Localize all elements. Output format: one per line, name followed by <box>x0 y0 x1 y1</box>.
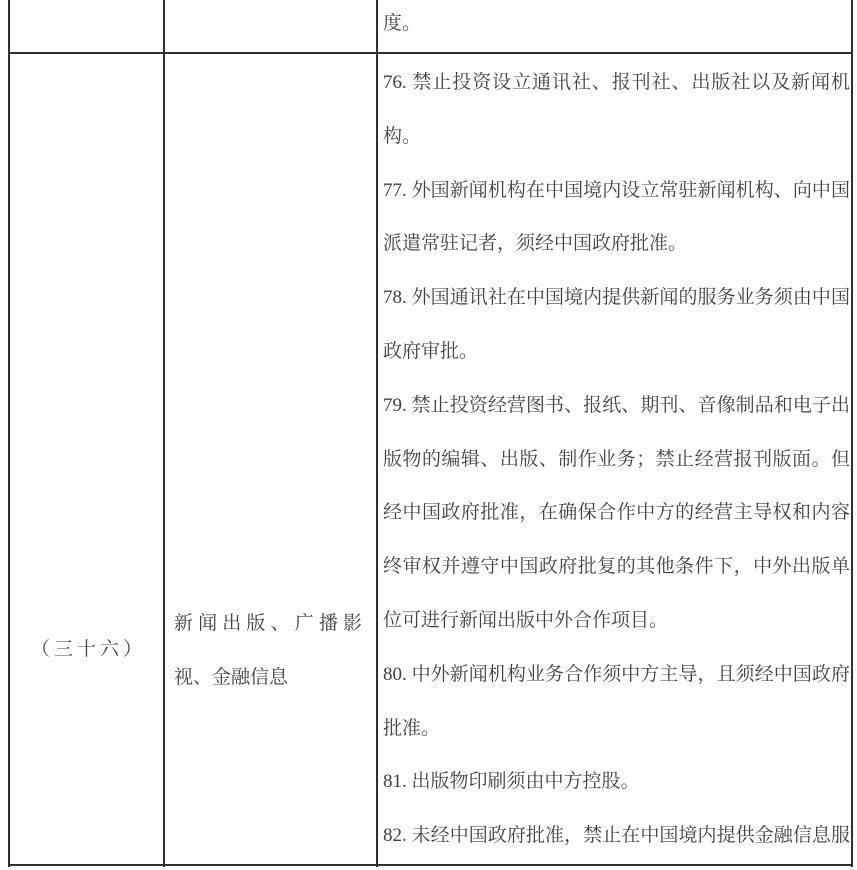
document-page: 度。 （三十六） 新闻出版、广播影视、金融信息 76. 禁止投资设立通讯社、报刊… <box>0 0 857 870</box>
text-line: 新闻出版、广播影 <box>174 597 362 651</box>
table-row-divider <box>8 52 853 54</box>
text-line: 78. 外国通讯社在中国境内提供新闻的服务业务须由中国 <box>383 271 850 325</box>
table-border-bottom <box>8 864 853 866</box>
serial-number-text: （三十六） <box>10 623 163 677</box>
text-line: 79. 禁止投资经营图书、报纸、期刊、音像制品和电子出 <box>383 379 850 433</box>
text-line: 构。 <box>383 110 850 164</box>
text-line: 政府审批。 <box>383 325 850 379</box>
cell-industry-category: 新闻出版、广播影视、金融信息 <box>165 597 375 705</box>
text-line: 76. 禁止投资设立通讯社、报刊社、出版社以及新闻机 <box>383 56 850 110</box>
text-line: 视、金融信息 <box>174 651 362 705</box>
text-line: 派遣常驻记者，须经中国政府批准。 <box>383 217 850 271</box>
text-line: 终审权并遵守中国政府批复的其他条件下，中外出版单 <box>383 540 850 594</box>
text-line: 度。 <box>383 0 850 51</box>
table-border-left <box>8 0 10 867</box>
text-line: 经中国政府批准，在确保合作中方的经营主导权和内容 <box>383 486 850 540</box>
cell-measures-row-partial: 度。 <box>377 0 852 51</box>
table-border-col1-col2 <box>163 0 165 867</box>
text-line: 批准。 <box>383 702 850 756</box>
text-line: 位可进行新闻出版中外合作项目。 <box>383 594 850 648</box>
cell-serial-number: （三十六） <box>10 623 163 677</box>
text-line: 80. 中外新闻机构业务合作须中方主导，且须经中国政府 <box>383 648 850 702</box>
text-line: 81. 出版物印刷须由中方控股。 <box>383 755 850 809</box>
text-line: 82. 未经中国政府批准，禁止在中国境内提供金融信息服 <box>383 809 850 863</box>
text-line: 版物的编辑、出版、制作业务；禁止经营报刊版面。但 <box>383 433 850 487</box>
text-line: 77. 外国新闻机构在中国境内设立常驻新闻机构、向中国 <box>383 164 850 218</box>
cell-measures: 76. 禁止投资设立通讯社、报刊社、出版社以及新闻机构。77. 外国新闻机构在中… <box>377 56 852 863</box>
